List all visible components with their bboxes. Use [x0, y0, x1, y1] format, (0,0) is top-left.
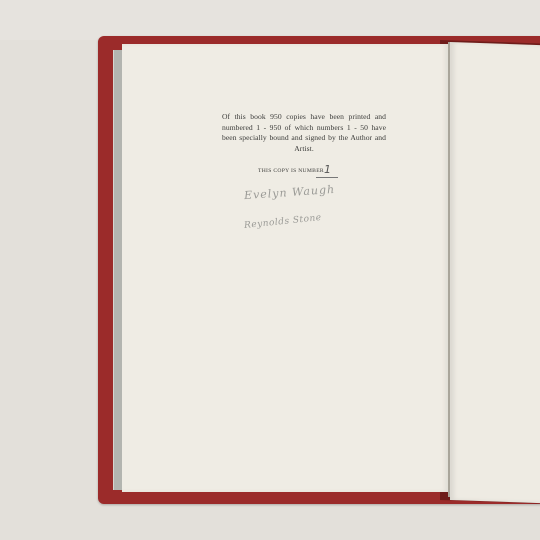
right-page — [450, 42, 540, 503]
background — [0, 0, 540, 40]
copy-number-underline — [316, 177, 338, 178]
copy-number-label: THIS COPY IS NUMBER — [258, 168, 348, 174]
colophon-text: Of this book 950 copies have been printe… — [222, 112, 386, 154]
book-gutter — [448, 42, 450, 497]
copy-number-value: 1 — [324, 163, 331, 176]
